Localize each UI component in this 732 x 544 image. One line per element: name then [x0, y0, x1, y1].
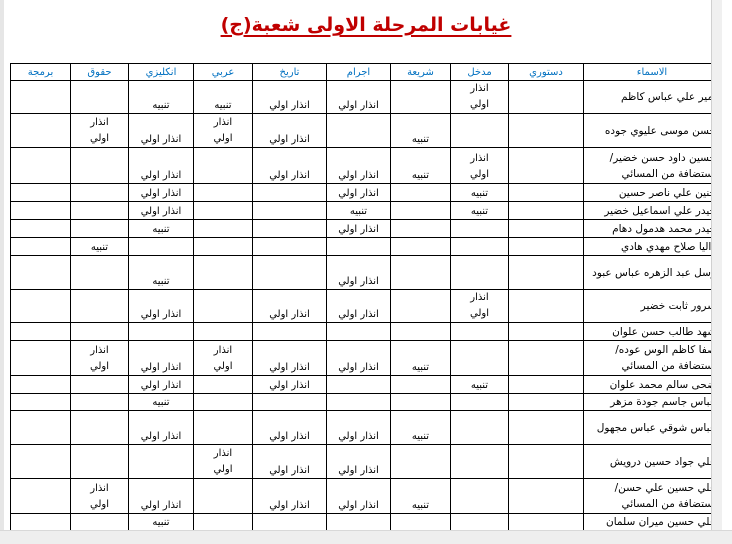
absence-status-cell[interactable] [71, 394, 129, 411]
absence-status-cell[interactable] [391, 256, 451, 290]
absence-status-cell[interactable] [509, 114, 584, 148]
absence-status-cell[interactable] [194, 479, 253, 514]
table-row: صفا كاظم الوس عوده/ استضافة من المسائيتن… [11, 341, 721, 376]
absence-status-cell[interactable] [391, 394, 451, 411]
absence-status-cell[interactable] [509, 220, 584, 238]
absence-status-cell[interactable]: تنبيه [391, 148, 451, 184]
absence-status-cell[interactable]: تنبيه [451, 184, 509, 202]
absence-status-cell[interactable] [451, 220, 509, 238]
table-row: سرور ثابت خضيرانذار اوليانذار اوليانذار … [11, 290, 721, 323]
absence-status-cell[interactable] [194, 411, 253, 445]
absence-status-cell[interactable] [327, 514, 391, 531]
table-row: علي جواد حسين درويشانذار اوليانذار اوليا… [11, 445, 721, 479]
absence-status-cell[interactable] [253, 394, 327, 411]
table-row: شهد طالب حسن علوان [11, 323, 721, 341]
absence-status-cell[interactable]: انذار اولي [451, 290, 509, 323]
absence-status-cell[interactable] [391, 514, 451, 531]
absence-status-cell[interactable] [509, 81, 584, 114]
absence-status-cell[interactable] [327, 394, 391, 411]
absence-status-cell[interactable]: انذار اولي [253, 376, 327, 394]
student-name-cell[interactable]: امير علي عباس كاظم [584, 81, 721, 114]
absence-status-cell[interactable] [509, 411, 584, 445]
student-name-cell[interactable]: علي حسين ميران سلمان [584, 514, 721, 531]
absence-status-cell[interactable]: تنبيه [129, 256, 194, 290]
absence-status-cell[interactable] [194, 394, 253, 411]
absence-status-cell[interactable]: انذار اولي [253, 81, 327, 114]
absence-status-cell[interactable]: انذار اولي [194, 341, 253, 376]
absence-status-cell[interactable] [451, 514, 509, 531]
absence-status-cell[interactable]: انذار اولي [253, 445, 327, 479]
col-header-constitutional[interactable]: دستوري [509, 64, 584, 81]
table-row: حسين داود حسن خضير/ استضافة من المسائيان… [11, 148, 721, 184]
absence-status-cell[interactable]: تنبيه [451, 202, 509, 220]
absence-status-cell[interactable]: تنبيه [391, 114, 451, 148]
absence-status-cell[interactable] [71, 184, 129, 202]
header-row: الاسماء دستوري مدخل شريعة اجرام تاريخ عر… [11, 64, 721, 81]
table-row: امير علي عباس كاظمانذار اوليانذار اوليان… [11, 81, 721, 114]
page-title: غيابات المرحلة الاولى شعبة(ج) [0, 14, 732, 36]
absence-status-cell[interactable] [391, 445, 451, 479]
absence-status-cell[interactable]: انذار اولي [451, 148, 509, 184]
col-header-english[interactable]: انكليزي [129, 64, 194, 81]
absence-status-cell[interactable] [253, 184, 327, 202]
absence-status-cell[interactable] [71, 81, 129, 114]
student-name-cell[interactable]: ضحى سالم محمد علوان [584, 376, 721, 394]
absence-status-cell[interactable]: انذار اولي [327, 148, 391, 184]
absence-status-cell[interactable] [327, 376, 391, 394]
absence-status-cell[interactable] [327, 114, 391, 148]
student-name-cell[interactable]: حيدر محمد هدمول دهام [584, 220, 721, 238]
student-name-cell[interactable]: عباس شوقي عباس مجهول [584, 411, 721, 445]
absence-status-cell[interactable] [129, 445, 194, 479]
horizontal-scrollbar[interactable] [0, 530, 732, 544]
student-name-cell[interactable]: عباس جاسم جودة مزهر [584, 394, 721, 411]
absence-status-cell[interactable] [509, 148, 584, 184]
absence-status-cell[interactable] [71, 376, 129, 394]
absence-status-cell[interactable]: انذار اولي [253, 411, 327, 445]
col-header-criminology[interactable]: اجرام [327, 64, 391, 81]
absence-status-cell[interactable] [11, 479, 71, 514]
absence-status-cell[interactable]: انذار اولي [129, 411, 194, 445]
absence-status-cell[interactable] [451, 114, 509, 148]
absence-status-cell[interactable] [71, 445, 129, 479]
col-header-programming[interactable]: برمجة [11, 64, 71, 81]
absence-status-cell[interactable] [71, 148, 129, 184]
absence-status-cell[interactable] [451, 411, 509, 445]
absence-status-cell[interactable] [194, 323, 253, 341]
absence-status-cell[interactable] [71, 220, 129, 238]
absence-status-cell[interactable] [509, 376, 584, 394]
absence-status-cell[interactable] [509, 445, 584, 479]
absence-status-cell[interactable] [391, 290, 451, 323]
absence-status-cell[interactable] [194, 220, 253, 238]
col-header-intro[interactable]: مدخل [451, 64, 509, 81]
absence-status-cell[interactable]: تنبيه [391, 341, 451, 376]
absence-status-cell[interactable]: تنبيه [451, 376, 509, 394]
absence-status-cell[interactable]: انذار اولي [451, 81, 509, 114]
absence-status-cell[interactable] [451, 445, 509, 479]
absence-status-cell[interactable] [71, 411, 129, 445]
absence-status-cell[interactable] [71, 290, 129, 323]
absence-status-cell[interactable]: تنبيه [129, 220, 194, 238]
student-name-cell[interactable]: داليا صلاح مهدي هادي [584, 238, 721, 256]
absence-status-cell[interactable]: تنبيه [71, 238, 129, 256]
absence-status-cell[interactable]: انذار اولي [253, 114, 327, 148]
absence-status-cell[interactable]: انذار اولي [129, 341, 194, 376]
absence-status-cell[interactable] [11, 114, 71, 148]
absence-table: الاسماء دستوري مدخل شريعة اجرام تاريخ عر… [10, 63, 721, 531]
table-row: عباس جاسم جودة مزهرتنبيه [11, 394, 721, 411]
absence-status-cell[interactable]: انذار اولي [129, 479, 194, 514]
student-name-cell[interactable]: صفا كاظم الوس عوده/ استضافة من المسائي [584, 341, 721, 376]
absence-status-cell[interactable] [509, 290, 584, 323]
absence-status-cell[interactable]: انذار اولي [327, 184, 391, 202]
absence-status-cell[interactable]: انذار اولي [71, 114, 129, 148]
col-header-names[interactable]: الاسماء [584, 64, 721, 81]
absence-status-cell[interactable]: انذار اولي [253, 479, 327, 514]
col-header-rights[interactable]: حقوق [71, 64, 129, 81]
absence-status-cell[interactable]: تنبيه [391, 411, 451, 445]
absence-status-cell[interactable] [194, 238, 253, 256]
table-row: علي حسين علي حسن/ استضافة من المسائيتنبي… [11, 479, 721, 514]
absence-status-cell[interactable] [194, 202, 253, 220]
absence-status-cell[interactable]: انذار اولي [129, 290, 194, 323]
absence-status-cell[interactable] [194, 148, 253, 184]
absence-status-cell[interactable] [194, 376, 253, 394]
col-header-arabic[interactable]: عربي [194, 64, 253, 81]
col-header-sharia[interactable]: شريعة [391, 64, 451, 81]
table-row: حسن موسى عليوي جودهتنبيهانذار اوليانذار … [11, 114, 721, 148]
absence-status-cell[interactable] [509, 341, 584, 376]
absence-status-cell[interactable]: تنبيه [129, 394, 194, 411]
absence-status-cell[interactable]: تنبيه [391, 479, 451, 514]
absence-status-cell[interactable] [391, 81, 451, 114]
absence-status-cell[interactable] [509, 238, 584, 256]
absence-status-cell[interactable] [509, 184, 584, 202]
absence-status-cell[interactable] [327, 323, 391, 341]
absence-status-cell[interactable] [327, 238, 391, 256]
student-name-cell[interactable]: رسل عبد الزهره عباس عبود [584, 256, 721, 290]
absence-status-cell[interactable]: انذار اولي [194, 114, 253, 148]
absence-status-cell[interactable] [253, 220, 327, 238]
absence-status-cell[interactable]: انذار اولي [327, 81, 391, 114]
absence-status-cell[interactable] [253, 256, 327, 290]
absence-status-cell[interactable] [129, 323, 194, 341]
absence-status-cell[interactable]: تنبيه [129, 81, 194, 114]
student-name-cell[interactable]: شهد طالب حسن علوان [584, 323, 721, 341]
absence-status-cell[interactable]: انذار اولي [129, 376, 194, 394]
absence-status-cell[interactable] [391, 202, 451, 220]
table-row: عباس شوقي عباس مجهولتنبيهانذار اوليانذار… [11, 411, 721, 445]
absence-status-cell[interactable] [451, 238, 509, 256]
absence-status-cell[interactable] [253, 514, 327, 531]
absence-status-cell[interactable]: انذار اولي [129, 202, 194, 220]
absence-status-cell[interactable]: انذار اولي [129, 114, 194, 148]
absence-status-cell[interactable] [509, 202, 584, 220]
absence-status-cell[interactable] [391, 376, 451, 394]
absence-status-cell[interactable]: انذار اولي [327, 220, 391, 238]
table-row: حنين علي ناصر حسينتنبيهانذار اوليانذار ا… [11, 184, 721, 202]
absence-status-cell[interactable] [509, 514, 584, 531]
absence-status-cell[interactable]: انذار اولي [327, 445, 391, 479]
student-name-cell[interactable]: علي حسين علي حسن/ استضافة من المسائي [584, 479, 721, 514]
absence-status-cell[interactable] [11, 256, 71, 290]
absence-status-cell[interactable] [194, 290, 253, 323]
absence-status-cell[interactable]: انذار اولي [129, 148, 194, 184]
absence-status-cell[interactable] [11, 341, 71, 376]
absence-status-cell[interactable]: تنبيه [194, 81, 253, 114]
table-row: داليا صلاح مهدي هاديتنبيه [11, 238, 721, 256]
absence-status-cell[interactable] [509, 256, 584, 290]
student-name-cell[interactable]: حيدر علي اسماعيل خضير [584, 202, 721, 220]
left-gutter [0, 0, 4, 531]
absence-status-cell[interactable] [391, 184, 451, 202]
table-row: علي حسين ميران سلمانتنبيه [11, 514, 721, 531]
table-row: حيدر محمد هدمول دهامانذار اوليتنبيه [11, 220, 721, 238]
absence-status-cell[interactable] [451, 479, 509, 514]
absence-status-cell[interactable]: انذار اولي [327, 256, 391, 290]
absence-status-cell[interactable] [253, 238, 327, 256]
student-name-cell[interactable]: سرور ثابت خضير [584, 290, 721, 323]
absence-status-cell[interactable] [451, 323, 509, 341]
absence-status-cell[interactable] [11, 514, 71, 531]
absence-status-cell[interactable]: انذار اولي [253, 148, 327, 184]
absence-status-cell[interactable] [71, 202, 129, 220]
absence-status-cell[interactable] [451, 256, 509, 290]
absence-status-cell[interactable] [509, 479, 584, 514]
absence-status-cell[interactable] [451, 341, 509, 376]
absence-status-cell[interactable] [11, 81, 71, 114]
absence-status-cell[interactable]: انذار اولي [129, 184, 194, 202]
absence-status-cell[interactable] [71, 323, 129, 341]
absence-status-cell[interactable]: انذار اولي [327, 479, 391, 514]
vertical-scrollbar[interactable] [711, 0, 722, 531]
absence-status-cell[interactable] [11, 238, 71, 256]
absence-status-cell[interactable] [391, 323, 451, 341]
absence-status-cell[interactable] [11, 376, 71, 394]
spreadsheet-page: غيابات المرحلة الاولى شعبة(ج) الاسماء دس… [0, 0, 722, 531]
absence-status-cell[interactable] [11, 394, 71, 411]
table-body: امير علي عباس كاظمانذار اوليانذار اوليان… [11, 81, 721, 531]
absence-status-cell[interactable] [11, 411, 71, 445]
student-name-cell[interactable]: حنين علي ناصر حسين [584, 184, 721, 202]
absence-status-cell[interactable] [11, 184, 71, 202]
student-name-cell[interactable]: حسن موسى عليوي جوده [584, 114, 721, 148]
absence-status-cell[interactable] [11, 148, 71, 184]
absence-status-cell[interactable] [71, 514, 129, 531]
absence-status-cell[interactable]: انذار اولي [194, 445, 253, 479]
absence-status-cell[interactable] [11, 445, 71, 479]
absence-status-cell[interactable]: انذار اولي [327, 290, 391, 323]
absence-status-cell[interactable]: انذار اولي [253, 341, 327, 376]
absence-status-cell[interactable] [71, 256, 129, 290]
absence-status-cell[interactable] [11, 323, 71, 341]
col-header-history[interactable]: تاريخ [253, 64, 327, 81]
absence-status-cell[interactable]: انذار اولي [71, 479, 129, 514]
absence-status-cell[interactable] [11, 290, 71, 323]
absence-status-cell[interactable]: تنبيه [327, 202, 391, 220]
absence-status-cell[interactable]: انذار اولي [71, 341, 129, 376]
absence-status-cell[interactable] [391, 238, 451, 256]
absence-status-cell[interactable] [253, 323, 327, 341]
absence-status-cell[interactable]: تنبيه [129, 514, 194, 531]
absence-status-cell[interactable]: انذار اولي [327, 341, 391, 376]
absence-status-cell[interactable] [11, 202, 71, 220]
student-name-cell[interactable]: حسين داود حسن خضير/ استضافة من المسائي [584, 148, 721, 184]
absence-status-cell[interactable] [509, 323, 584, 341]
absence-status-cell[interactable]: انذار اولي [327, 411, 391, 445]
student-name-cell[interactable]: علي جواد حسين درويش [584, 445, 721, 479]
absence-status-cell[interactable] [11, 220, 71, 238]
absence-status-cell[interactable] [194, 514, 253, 531]
absence-status-cell[interactable] [129, 238, 194, 256]
absence-status-cell[interactable] [509, 394, 584, 411]
absence-status-cell[interactable] [194, 256, 253, 290]
absence-status-cell[interactable] [451, 394, 509, 411]
table-row: حيدر علي اسماعيل خضيرتنبيهتنبيهانذار اول… [11, 202, 721, 220]
absence-status-cell[interactable]: انذار اولي [253, 290, 327, 323]
absence-status-cell[interactable] [194, 184, 253, 202]
absence-status-cell[interactable] [391, 220, 451, 238]
absence-status-cell[interactable] [253, 202, 327, 220]
table-row: رسل عبد الزهره عباس عبودانذار اوليتنبيه [11, 256, 721, 290]
table-row: ضحى سالم محمد علوانتنبيهانذار اوليانذار … [11, 376, 721, 394]
